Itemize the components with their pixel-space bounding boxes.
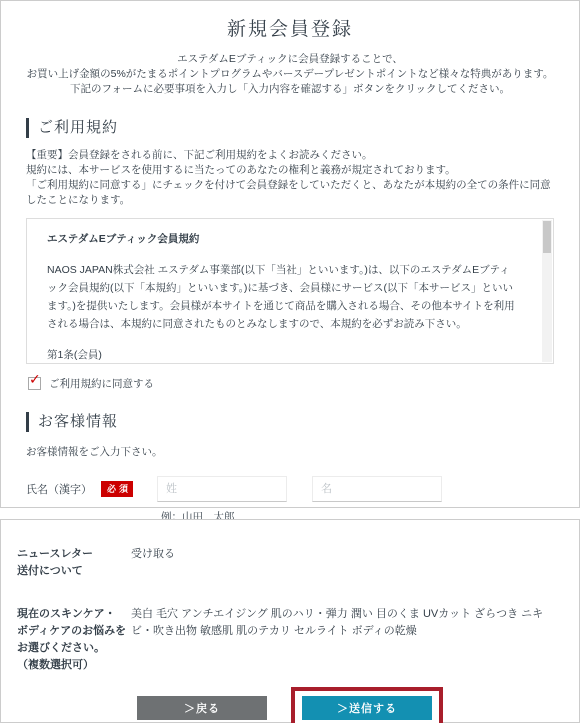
terms-section-heading: ご利用規約 [26,118,554,138]
page-title: 新規会員登録 [1,14,579,41]
agree-checkbox-label[interactable]: ご利用規約に同意する [49,376,154,391]
terms-scrollbox[interactable]: エステダムEブティック会員規約 NAOS JAPAN株式会社 エステダム事業部(… [26,218,554,364]
skincare-label: 現在のスキンケア・ ボディケアのお悩みを お選びください。 （複数選択可） [17,606,131,674]
back-button[interactable]: ＞戻る [137,696,267,720]
form-buttons-row: ＞戻る ＞送信する [1,687,579,723]
name-field-label: 氏名（漢字） [26,481,101,497]
submit-button[interactable]: ＞送信する [302,696,432,720]
first-name-input[interactable] [312,476,442,502]
terms-notes: 【重要】会員登録をされる前に、下記ご利用規約をよくお読みください。 規約には、本… [26,148,554,208]
customer-note: お客様情報をご入力下さい。 [26,444,554,459]
registration-form-panel: 新規会員登録 エステダムEブティックに会員登録することで、 お買い上げ金額の5%… [0,0,580,508]
terms-box-title: エステダムEブティック会員規約 [47,230,517,248]
required-badge: 必須 [101,481,133,497]
check-icon: ✓ [29,372,41,386]
customer-section-heading: お客様情報 [26,412,554,432]
terms-box-paragraph: NAOS JAPAN株式会社 エステダム事業部(以下「当社」といいます。)は、以… [47,261,517,333]
intro-text: エステダムEブティックに会員登録することで、 お買い上げ金額の5%がたまるポイン… [1,52,579,97]
terms-box-article: 第1条(会員) 1. 「会員」とは、当社が定める手続に従い本規約に同意の上、入会… [47,346,517,364]
agree-row: ✓ ご利用規約に同意する [28,376,554,391]
newsletter-value: 受け取る [131,546,561,580]
confirmation-panel: ニュースレター 送付について 受け取る 現在のスキンケア・ ボディケアのお悩みを… [0,519,580,723]
agree-checkbox[interactable]: ✓ [28,377,41,390]
name-field-row: 氏名（漢字） 必須 [26,476,554,502]
skincare-value: 美白 毛穴 アンチエイジング 肌のハリ・弾力 潤い 目のくま UVカット ざらつ… [131,606,561,674]
submit-highlight-annotation: ＞送信する [291,687,443,723]
terms-scrollbar-track[interactable] [542,220,552,362]
terms-scrollbar-thumb[interactable] [543,221,551,253]
skincare-row: 現在のスキンケア・ ボディケアのお悩みを お選びください。 （複数選択可） 美白… [1,606,579,674]
newsletter-row: ニュースレター 送付について 受け取る [1,520,579,580]
newsletter-label: ニュースレター 送付について [17,546,131,580]
last-name-input[interactable] [157,476,287,502]
